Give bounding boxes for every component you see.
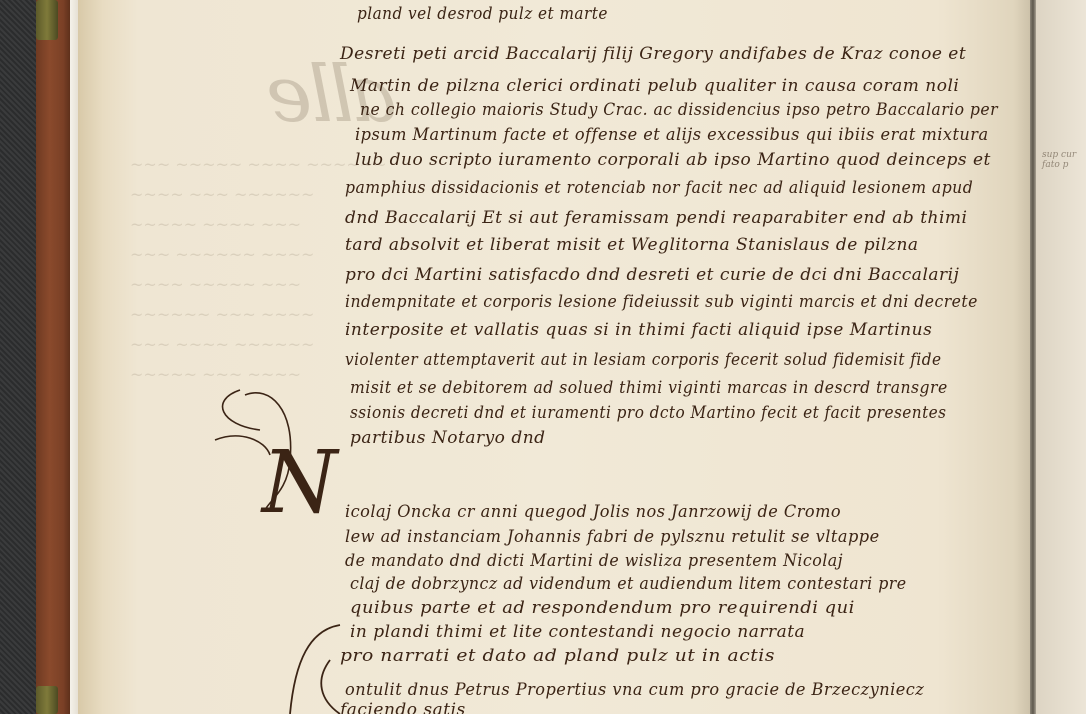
text-line: ontulit dnus Petrus Propertius vna cum p… (345, 680, 924, 700)
text-line: in plandi thimi et lite contestandi nego… (350, 622, 805, 642)
metal-clasp-top (36, 0, 58, 40)
text-line: pro narrati et dato ad pland pulz ut in … (340, 646, 775, 666)
text-line: quibus parte et ad respondendum pro requ… (350, 598, 855, 618)
text-line: interposite et vallatis quas si in thimi… (345, 320, 932, 340)
text-line: pamphius dissidacionis et rotenciab nor … (345, 178, 973, 198)
text-line: pro dci Martini satisfacdo dnd desreti e… (345, 265, 959, 285)
text-line: misit et se debitorem ad solued thimi vi… (350, 378, 948, 398)
text-line: partibus Notaryo dnd (350, 428, 546, 448)
initial-capital: N (262, 440, 337, 526)
text-line: ipsum Martinum facte et offense et alijs… (355, 125, 989, 145)
text-line: Martin de pilzna clerici ordinati pelub … (350, 76, 959, 96)
margin-note: sup cur fato p (1042, 150, 1076, 170)
text-line: ssionis decreti dnd et iuramenti pro dct… (350, 403, 946, 423)
text-line: dnd Baccalarij Et si aut feramissam pend… (345, 208, 968, 228)
text-line: lew ad instanciam Johannis fabri de pyls… (345, 527, 880, 547)
metal-clasp-bottom (36, 686, 58, 714)
text-line: claj de dobrzyncz ad videndum et audiend… (350, 574, 907, 594)
text-line: indempnitate et corporis lesione fideius… (345, 292, 978, 312)
text-line: de mandato dnd dicti Martini de wisliza … (345, 551, 843, 571)
text-line: violenter attemptaverit aut in lesiam co… (345, 350, 941, 370)
page-edge (70, 0, 78, 714)
text-line: lub duo scripto iuramento corporali ab i… (355, 150, 991, 170)
text-line: pland vel desrod pulz et marte (357, 4, 608, 24)
text-line: faciendo satis (340, 700, 466, 714)
text-line: icolaj Oncka cr anni quegod Jolis nos Ja… (345, 502, 841, 522)
text-line: Desreti peti arcid Baccalarij filij Greg… (340, 44, 966, 64)
facing-page: sup cur fato p (1036, 0, 1086, 714)
text-line: tard absolvit et liberat misit et Weglit… (345, 235, 919, 255)
cloth-background (0, 0, 36, 714)
text-line: ne ch collegio maioris Study Crac. ac di… (360, 100, 998, 120)
book-cover-board (36, 0, 70, 714)
